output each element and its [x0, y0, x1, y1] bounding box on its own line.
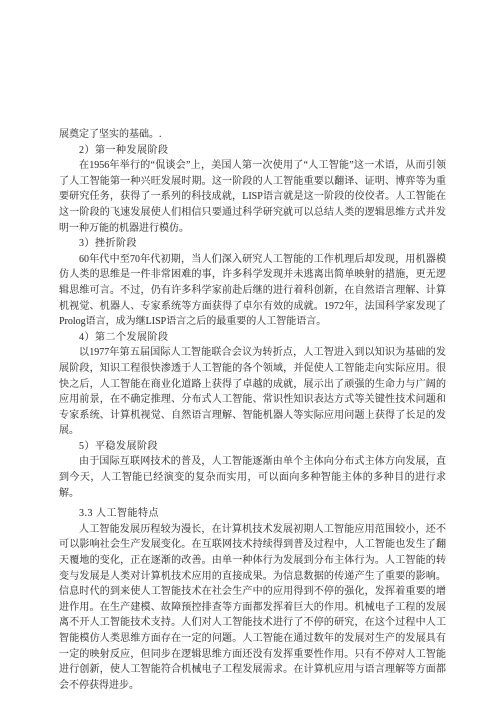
subheading-first-development-stage: 2）第一种发展阶段	[59, 143, 446, 159]
paragraph-second-development-stage: 以1977年第五届国际人工智能联合会议为转折点，人工智进入到以知识为基础的发展阶…	[59, 345, 446, 439]
subheading-setback-stage: 3）挫折阶段	[59, 236, 446, 252]
paragraph-first-development-stage: 在1956年举行的“侃谈会”上，美国人第一次使用了“人工智能”这一术语，从而引领…	[59, 158, 446, 236]
subheading-steady-development-stage: 5）平稳发展阶段	[59, 439, 446, 455]
document-body: 展奠定了坚实的基础。. 2）第一种发展阶段 在1956年举行的“侃谈会”上，美国…	[59, 127, 446, 693]
document-page: 展奠定了坚实的基础。. 2）第一种发展阶段 在1956年举行的“侃谈会”上，美国…	[0, 0, 500, 707]
paragraph-setback-stage: 60年代中至70年代初期，当人们深入研究人工智能的工作机理后却发现，用机器模仿人…	[59, 252, 446, 330]
paragraph-ai-characteristics: 人工智能发展历程较为漫长，在计算机技术发展初期人工智能应用范围较小，还不可以影响…	[59, 522, 446, 694]
paragraph-continuation: 展奠定了坚实的基础。.	[59, 127, 446, 143]
subheading-second-development-stage: 4）第二个发展阶段	[59, 330, 446, 346]
section-heading-ai-characteristics: 3.3 人工智能特点	[59, 506, 446, 522]
paragraph-steady-development-stage: 由于国际互联网技术的普及，人工智能逐渐由单个主体向分布式主体方向发展，直到今天，…	[59, 454, 446, 501]
